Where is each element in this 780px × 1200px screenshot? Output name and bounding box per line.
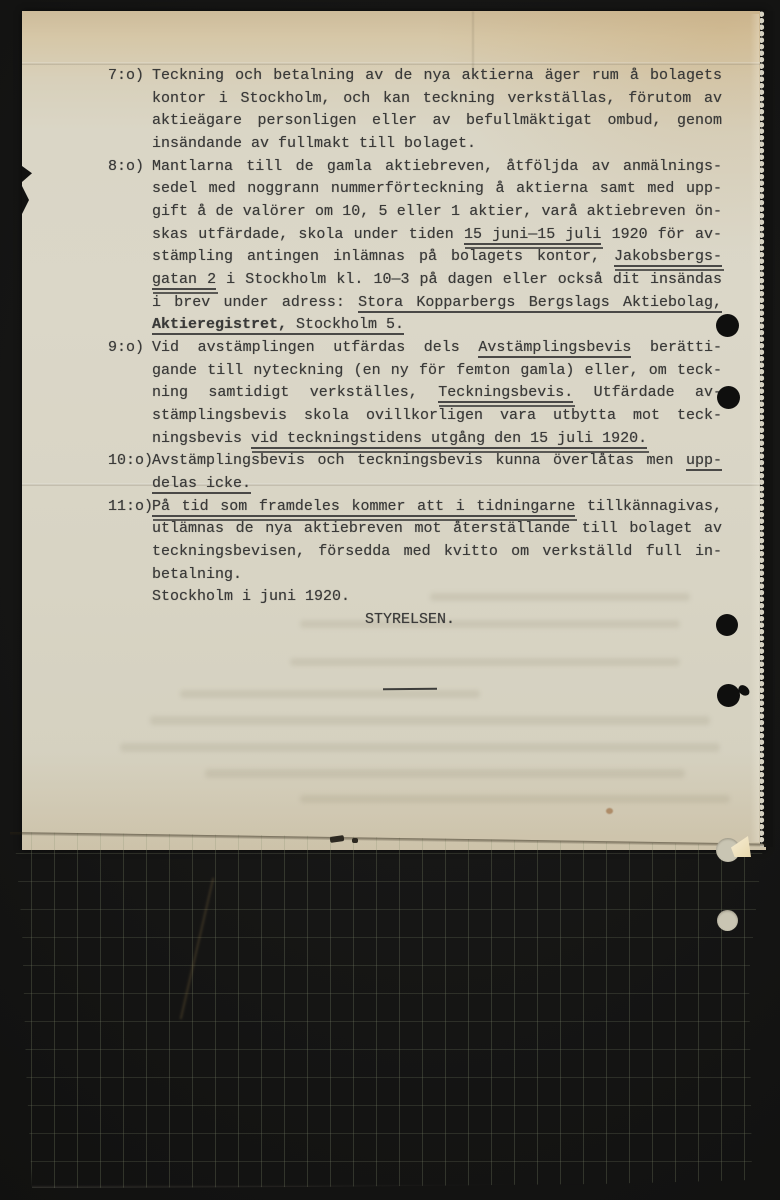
typed-line-17: ningsbevis vid teckningstidens utgång de… (152, 427, 647, 450)
typed-segment: gatan 2 (152, 271, 216, 290)
perforated-edge (760, 11, 773, 847)
typed-segment: Avstämplingsbevis och teckningsbevis kun… (152, 452, 686, 469)
graph-paper-sheet (8, 828, 766, 1190)
paper-edge-highlight (750, 14, 759, 842)
typed-segment: På tid som framdeles kommer att i tidnin… (152, 498, 575, 517)
typed-segment: insändande av fullmakt till bolaget. (152, 135, 476, 152)
item-number: 11:o) (108, 495, 153, 518)
typed-segment: berätti- (631, 339, 722, 356)
typed-segment: vid teckningstidens utgång den 15 juli 1… (251, 430, 647, 449)
typed-line-14: gande till nyteckning (en ny för femton … (152, 359, 722, 382)
typed-segment: sedel med noggrann nummerförteckning å a… (152, 180, 722, 197)
typed-line-23: betalning. (152, 563, 242, 586)
typed-line-15: ning samtidigt verkställes, Teckningsbev… (152, 381, 722, 404)
typed-segment: stämpling antingen inlämnas på bolagets … (152, 248, 614, 265)
typed-segment: utlämnas de nya aktiebreven mot återstäl… (152, 520, 722, 537)
item-number: 7:o) (108, 64, 144, 87)
typed-line-6: sedel med noggrann nummerförteckning å a… (152, 177, 722, 200)
ghost-impression (205, 769, 685, 778)
typed-line-4: insändande av fullmakt till bolaget. (152, 132, 476, 155)
typed-segment: betalning. (152, 566, 242, 583)
typed-segment: 1920 för av- (601, 226, 722, 243)
ghost-impression (430, 593, 690, 601)
typed-segment: Utfärdade av- (573, 384, 722, 401)
ghost-impression (120, 743, 720, 752)
ink-mark (352, 838, 358, 843)
ghost-impression (290, 658, 680, 666)
typed-line-24: Stockholm i juni 1920. (152, 585, 350, 608)
typed-segment: i Stockholm kl. 10—3 på dagen eller ocks… (216, 271, 722, 288)
punch-hole (717, 386, 740, 409)
typed-segment: skas utfärdade, skola under tiden (152, 226, 464, 243)
typed-line-12: Aktieregistret, Stockholm 5. (152, 313, 404, 336)
typed-segment: upp- (686, 452, 722, 471)
item-number: 9:o) (108, 336, 144, 359)
typed-segment: aktieägare personligen eller av befullmä… (152, 112, 722, 129)
typed-segment: Jakobsbergs- (614, 248, 722, 267)
typed-segment: i brev under adress: (152, 294, 358, 311)
typed-segment: Stockholm 5. (296, 316, 404, 335)
typed-line-13: 9:o)Vid avstämplingen utfärdas dels Avst… (152, 336, 722, 359)
typed-segment: Mantlarna till de gamla aktiebreven, åtf… (152, 158, 722, 175)
foxing-spot (606, 808, 613, 814)
punch-hole (716, 614, 738, 636)
punch-hole (717, 910, 738, 931)
typed-line-11: i brev under adress: Stora Kopparbergs B… (152, 291, 722, 314)
typed-segment: Aktieregistret, (152, 316, 296, 335)
typed-segment: delas icke. (152, 475, 251, 494)
typed-segment: gift å de valörer om 10, 5 eller 1 aktie… (152, 203, 722, 220)
typed-line-21: utlämnas de nya aktiebreven mot återstäl… (152, 517, 722, 540)
typed-line-1: 7:o)Teckning och betalning av de nya akt… (152, 64, 722, 87)
typed-line-3: aktieägare personligen eller av befullmä… (152, 109, 722, 132)
punch-hole (717, 684, 740, 707)
typed-segment: Stockholm i juni 1920. (152, 588, 350, 605)
typed-segment: STYRELSEN. (365, 611, 455, 628)
crease-line (472, 11, 474, 69)
typed-line-22: teckningsbevisen, försedda med kvitto om… (152, 540, 722, 563)
ghost-impression (150, 716, 710, 725)
typed-line-25: STYRELSEN. (365, 608, 455, 631)
typed-segment: Avstämplingsbevis (478, 339, 631, 358)
ghost-impression (300, 795, 730, 803)
typed-segment: teckningsbevisen, försedda med kvitto om… (152, 543, 722, 560)
typed-line-9: stämpling antingen inlämnas på bolagets … (152, 245, 722, 268)
typed-segment: ning samtidigt verkställes, (152, 384, 438, 401)
typed-line-18: 10:o)Avstämplingsbevis och teckningsbevi… (152, 449, 722, 472)
item-number: 8:o) (108, 155, 144, 178)
typed-segment: Teckning och betalning av de nya aktiern… (152, 67, 722, 84)
ghost-impression (300, 620, 680, 628)
typed-line-20: 11:o)På tid som framdeles kommer att i t… (152, 495, 722, 518)
typed-line-8: skas utfärdade, skola under tiden 15 jun… (152, 223, 722, 246)
typed-line-16: stämplingsbevis skola ovillkorligen vara… (152, 404, 722, 427)
typed-line-5: 8:o)Mantlarna till de gamla aktiebreven,… (152, 155, 722, 178)
typed-line-2: kontor i Stockholm, och kan teckning ver… (152, 87, 722, 110)
typed-line-7: gift å de valörer om 10, 5 eller 1 aktie… (152, 200, 722, 223)
typed-segment: 15 juni—15 juli (464, 226, 601, 245)
typed-segment: kontor i Stockholm, och kan teckning ver… (152, 90, 722, 107)
typed-line-10: gatan 2 i Stockholm kl. 10—3 på dagen el… (152, 268, 722, 291)
typed-segment: Stora Kopparbergs Bergslags Aktiebolag, (358, 294, 722, 313)
crease-line (22, 483, 766, 486)
typed-segment: ningsbevis (152, 430, 251, 447)
item-number: 10:o) (108, 449, 153, 472)
ghost-impression (180, 690, 480, 698)
punch-hole (716, 314, 739, 337)
scanned-archive-photo: { "colors": { "background": "#131312", "… (0, 0, 780, 1200)
typed-segment: tillkännagivas, (575, 498, 722, 515)
typed-line-19: delas icke. (152, 472, 251, 495)
typed-segment: Teckningsbevis. (438, 384, 573, 403)
typed-segment: stämplingsbevis skola ovillkorligen vara… (152, 407, 722, 424)
typed-segment: gande till nyteckning (en ny för femton … (152, 362, 722, 379)
typed-segment: Vid avstämplingen utfärdas dels (152, 339, 478, 356)
